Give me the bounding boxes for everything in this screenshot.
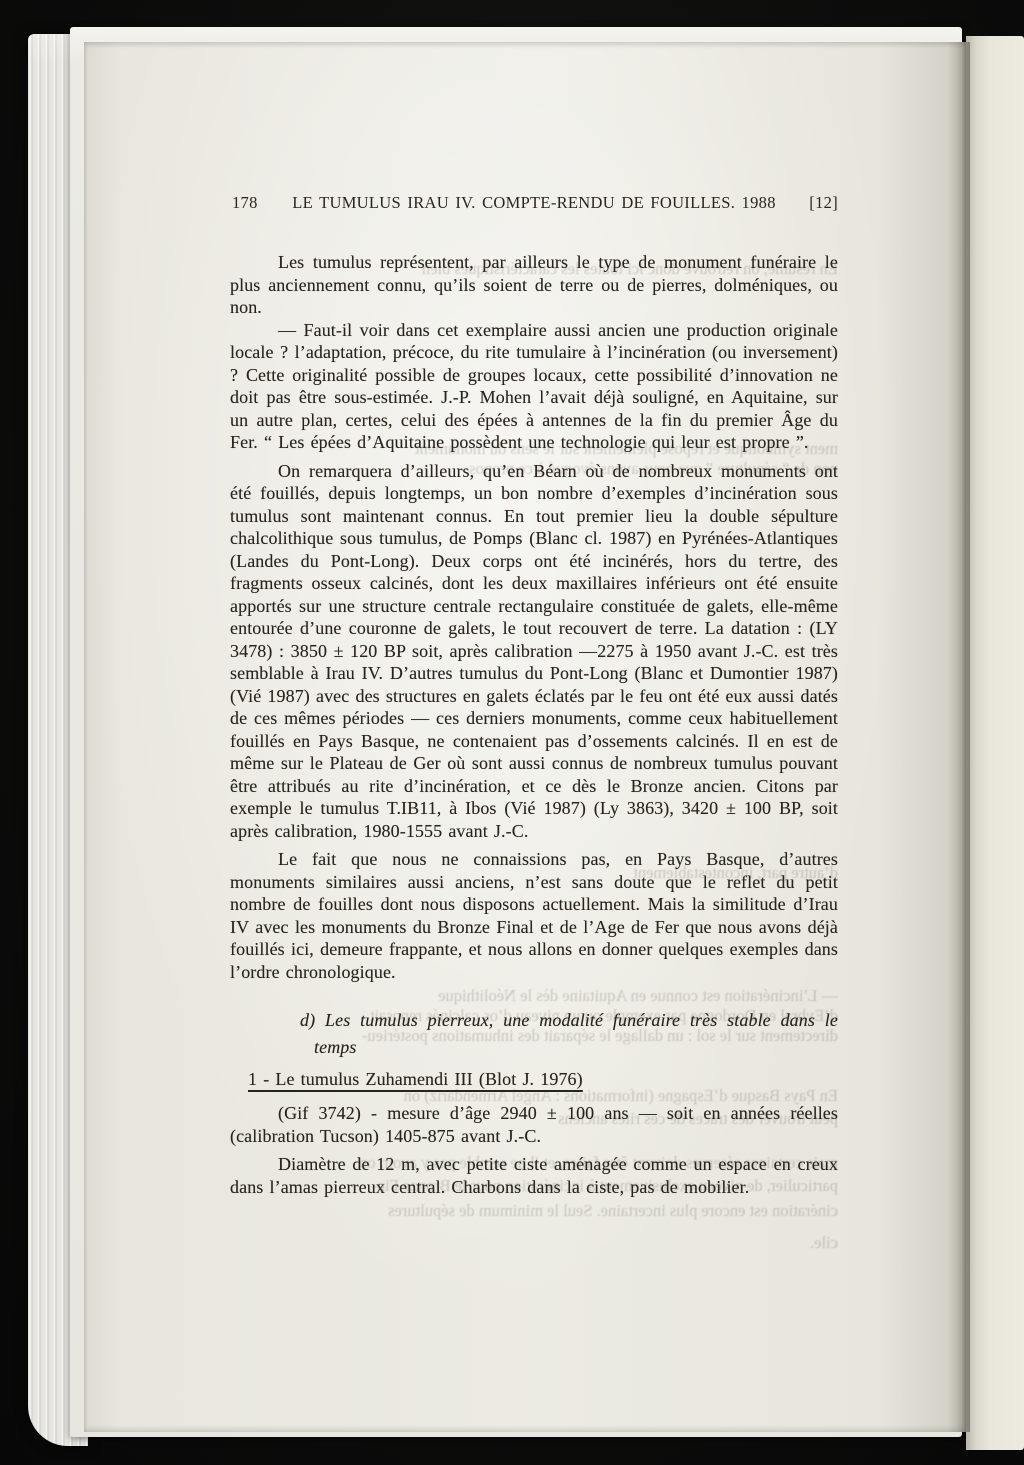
book-page: En résumé, on retrouve donc ici toutes l…	[84, 42, 966, 1432]
showthrough-line: cinération est encore plus incertaine. S…	[230, 1200, 838, 1222]
section-heading: d) Les tumulus pierreux, une modalité fu…	[230, 1007, 838, 1061]
paragraph-tumulus-intro: Les tumulus représentent, par ailleurs l…	[230, 251, 838, 319]
column-reference: [12]	[809, 193, 838, 213]
running-title: LE TUMULUS IRAU IV. COMPTE-RENDU DE FOUI…	[230, 193, 838, 213]
running-header: 178 LE TUMULUS IRAU IV. COMPTE-RENDU DE …	[230, 193, 838, 215]
paragraph-similitude: Le fait que nous ne connaissions pas, en…	[230, 848, 838, 983]
page-body: Les tumulus représentent, par ailleurs l…	[230, 251, 838, 1198]
paragraph-bearn-incinerations: On remarquera d’ailleurs, qu’en Béarn où…	[230, 460, 838, 843]
paragraph-datation-gif: (Gif 3742) - mesure d’âge 2940 ± 100 ans…	[230, 1102, 838, 1147]
subsection-heading: 1 - Le tumulus Zuhamendi III (Blot J. 19…	[230, 1067, 838, 1091]
facing-page-edge	[966, 36, 1024, 1450]
paragraph-diametre: Diamètre de 12 m, avec petite ciste amén…	[230, 1153, 838, 1198]
scanned-book-photo: En résumé, on retrouve donc ici toutes l…	[0, 0, 1024, 1465]
subsection-heading-text: 1 - Le tumulus Zuhamendi III (Blot J. 19…	[248, 1069, 583, 1089]
paragraph-production-locale: — Faut-il voir dans cet exemplaire aussi…	[230, 319, 838, 454]
showthrough-line: cile.	[230, 1232, 838, 1254]
